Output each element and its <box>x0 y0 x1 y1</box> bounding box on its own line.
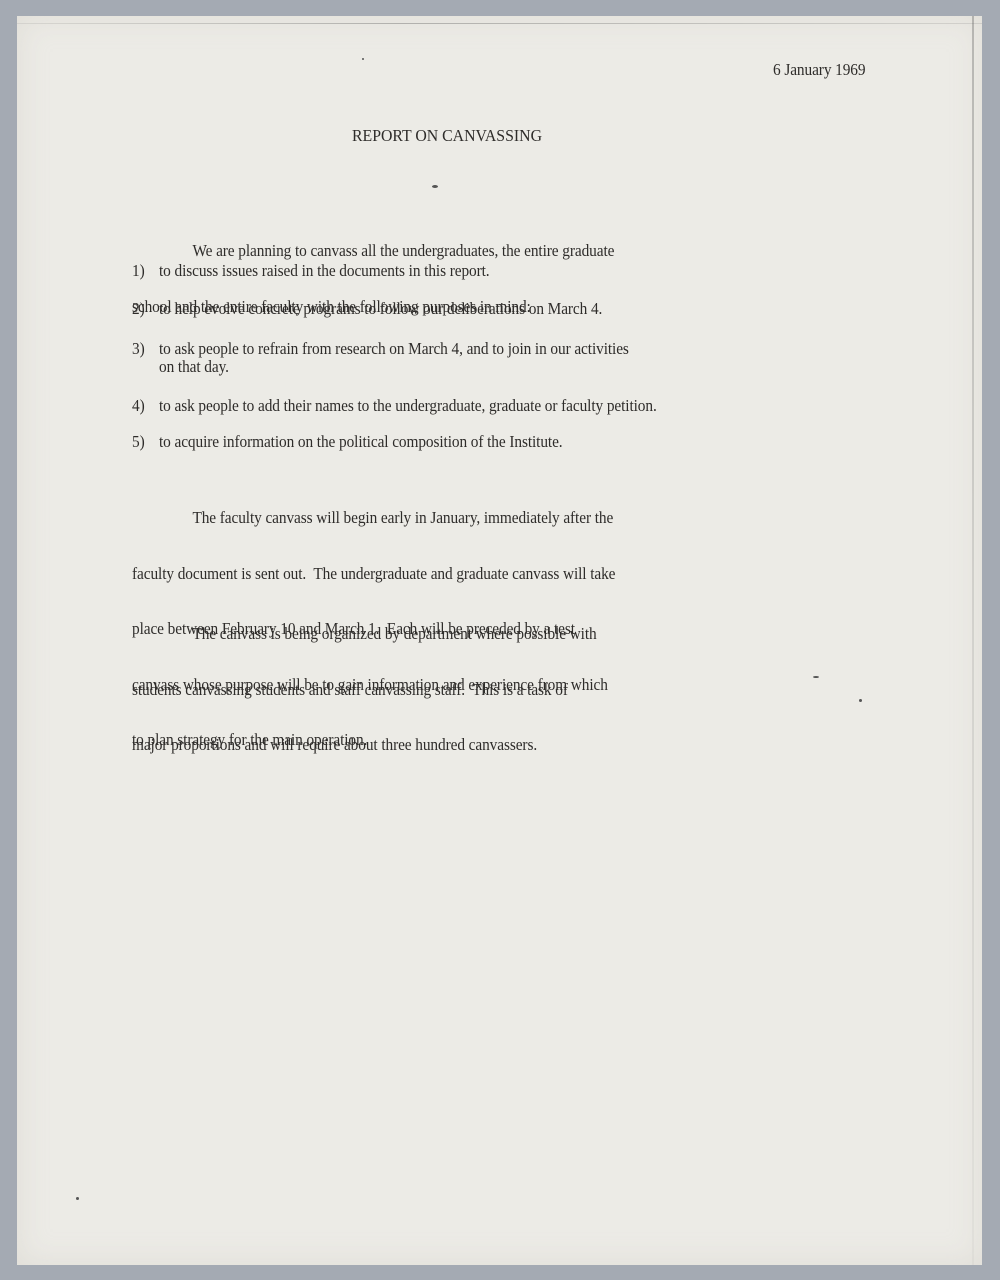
paper-speck <box>362 58 364 60</box>
list-item-number: 4) <box>132 397 145 416</box>
document-title: REPORT ON CANVASSING <box>352 127 542 146</box>
list-item-text: to help evolve concrete programs to foll… <box>159 300 602 319</box>
list-item-text: to ask people to add their names to the … <box>159 397 657 416</box>
document-date: 6 January 1969 <box>773 61 865 80</box>
paper-speck <box>859 699 862 702</box>
list-item-text: on that day. <box>159 358 229 377</box>
list-item-number: 3) <box>132 340 145 359</box>
list-item-text: to acquire information on the political … <box>159 433 563 452</box>
list-item-number: 1) <box>132 262 145 281</box>
list-item-number: 2) <box>132 300 145 319</box>
paragraph-line: The canvass is being organized by depart… <box>192 624 596 643</box>
page-edge-line <box>972 16 974 1265</box>
paper-speck <box>432 185 438 188</box>
page-edge-line <box>17 23 982 24</box>
paragraph-line: faculty document is sent out. The underg… <box>132 565 615 584</box>
list-item-text: to ask people to refrain from research o… <box>159 340 629 359</box>
intro-line: We are planning to canvass all the under… <box>192 241 614 260</box>
paragraph-line: students canvassing students and staff c… <box>132 681 597 700</box>
paragraph-line: major proportions and will require about… <box>132 736 597 755</box>
paper-speck <box>76 1197 79 1200</box>
list-item-text: to discuss issues raised in the document… <box>159 262 490 281</box>
paragraph-line: The faculty canvass will begin early in … <box>192 508 613 527</box>
list-item-number: 5) <box>132 433 145 452</box>
paper-speck <box>813 676 819 678</box>
organization-paragraph: The canvass is being organized by depart… <box>132 588 597 773</box>
